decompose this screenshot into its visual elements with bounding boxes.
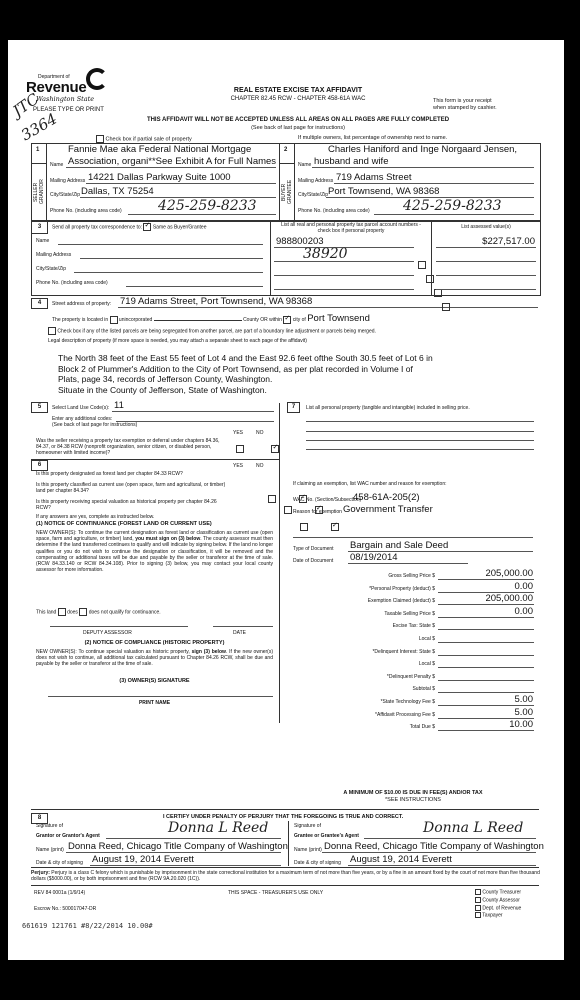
legal-line: Block 2 of Plummer's Addition to the Cit… [58,364,433,375]
owner-signature-title: (3) OWNER(S) SIGNATURE [36,678,273,684]
correspondence-address-label: Mailing Address [36,252,71,258]
legal-description[interactable]: The North 38 feet of the East 55 feet of… [58,353,433,395]
seller-address-label: Mailing Address [50,178,85,184]
street-label: Street address of property: [52,301,111,307]
copy-label: Taxpayer [481,913,503,919]
partial-sale-check[interactable]: Check box if partial sale of property [96,135,192,143]
form-title: REAL ESTATE EXCISE TAX AFFIDAVIT [158,87,438,94]
copy-item[interactable]: Dept. of Revenue [475,905,521,913]
form-chapter: CHAPTER 82.45 RCW - CHAPTER 458-61A WAC [158,96,438,102]
amount-label: Taxable Selling Price $ [293,611,435,617]
amount-value[interactable]: 205,000.00 [438,568,533,579]
grantor-date[interactable]: August 19, 2014 Everett [92,854,194,865]
print-name-label: PRINT NAME [36,700,273,706]
buyer-city-label: City/State/Zip [298,192,328,198]
does-label: does [67,609,78,615]
does-qualify-checkbox[interactable] [58,608,66,616]
amount-label: *Delinquent Penalty $ [293,674,435,680]
section-3-number: 3 [31,220,48,234]
buyer-address-label: Mailing Address [298,178,333,184]
amount-line [438,629,534,630]
land-qualify: This land does does not qualify for cont… [36,608,161,616]
buyer-name-line2[interactable]: husband and wife [314,156,388,167]
does-not-qualify-checkbox[interactable] [79,608,87,616]
wac-number[interactable]: 458-61A-205(2) [353,492,420,503]
parcel-header: List all real and personal property tax … [274,222,428,234]
seller-address[interactable]: 14221 Dallas Parkway Suite 1000 [88,172,231,183]
seller-name-line1[interactable]: Fannie Mae aka Federal National Mortgage [68,144,251,155]
notice-compliance-text: NEW OWNER(S): To continue special valuat… [36,649,273,668]
question-no-checkbox[interactable] [299,495,307,503]
assessed-value-line [436,275,536,276]
copy-label: Dept. of Revenue [481,905,521,911]
date-label: DATE [233,630,246,636]
warning: THIS AFFIDAVIT WILL NOT BE ACCEPTED UNLE… [68,117,528,123]
seller-city[interactable]: Dallas, TX 75254 [81,186,154,197]
dor-swirl-icon [86,68,108,90]
segregated-check[interactable]: Check box if any of the listed parcels a… [48,327,376,335]
exemption-no-checkbox[interactable] [271,445,279,453]
buyer-address[interactable]: 719 Adams Street [336,172,412,183]
amount-label: Local $ [293,636,435,642]
located-label: The property is located in [52,317,108,323]
copy-checkbox[interactable] [475,912,481,918]
section-6-number: 6 [31,460,48,471]
deputy-assessor-label: DEPUTY ASSESSOR [83,630,132,636]
legal-description-label: Legal description of property (if more s… [48,338,307,344]
land-use-label: Select Land Use Code(s): [52,405,109,411]
no-header-6: NO [256,463,264,469]
personal-property-checkbox[interactable] [418,261,426,269]
amount-label: Exemption Claimed (deduct) $ [293,598,435,604]
seller-phone-label: Phone No. (including area code) [50,208,122,214]
copy-item[interactable]: County Treasurer [475,889,521,897]
county-or-label: County OR within [243,317,282,323]
amount-label: *State Technology Fee $ [293,699,435,705]
form-revision: REV 84 0001a (1/9/14) [34,890,85,896]
buyer-phone-label: Phone No. (including area code) [298,208,370,214]
question-yes-checkbox[interactable] [284,506,292,514]
grantor-date-label: Date & city of signing [36,860,83,866]
correspondence-phone-label: Phone No. (including area code) [36,280,108,286]
amount-label: Total Due $ [293,724,435,730]
land-use-code[interactable]: 11 [114,400,124,411]
copy-checkbox[interactable] [475,905,481,911]
buyer-name-line1[interactable]: Charles Haniford and Inge Norgaard Jense… [328,144,517,155]
amount-label: *Affidavit Processing Fee $ [293,712,435,718]
city-of-label: city of [293,317,306,323]
assessed-value-header: List assessed value(s) [434,224,538,230]
grantor-sig-label-1: Signature of [36,823,63,829]
segregated-checkbox[interactable] [48,327,56,335]
grantee-signature[interactable]: Donna L Reed [423,820,523,836]
exemption-claim-label: If claiming an exemption, list WAC numbe… [293,481,447,487]
correspondence-label-text: Send all property tax correspondence to: [52,224,142,230]
notice-continuance-title: (1) NOTICE OF CONTINUANCE (FOREST LAND O… [36,521,212,527]
see-instructions: *SEE INSTRUCTIONS [288,797,538,803]
partial-sale-checkbox[interactable] [96,135,104,143]
parcel-account[interactable]: 38920 [303,246,348,262]
receipt-note-2: when stamped by cashier. [433,105,497,111]
seller-grantor-label: SELLER GRANTOR [33,172,45,212]
grantee-date[interactable]: August 19, 2014 Everett [350,854,452,865]
notice1-bold: you must sign on (3) below [135,536,200,542]
amount-value[interactable]: 5.00 [438,707,533,718]
grantee-date-label: Date & city of signing [294,860,341,866]
notice-compliance-title: (2) NOTICE OF COMPLIANCE (HISTORIC PROPE… [36,640,273,646]
logo-state: Washington State [36,95,94,103]
copy-label: County Treasurer [481,889,521,895]
amount-value[interactable]: 5.00 [438,694,533,705]
parcel-line [274,289,414,290]
within-city-checkbox[interactable] [283,316,291,324]
same-as-buyer-label: Same as Buyer/Grantee [153,224,207,230]
amount-line [438,617,534,618]
grantee-name[interactable]: Donna Reed, Chicago Title Company of Was… [324,841,544,852]
grantor-name[interactable]: Donna Reed, Chicago Title Company of Was… [68,841,288,852]
cashier-stamp: 661619 121761 #8/22/2014 10.00# [22,922,153,930]
grantee-sig-label-2: Grantee or Grantee's Agent [294,833,359,839]
grantor-sig-label-2: Grantor or Grantor's Agent [36,833,100,839]
amount-label: *Personal Property (deduct) $ [293,586,435,592]
minimum-note: A MINIMUM OF $10.00 IS DUE IN FEE(S) AND… [288,790,538,796]
parcel-line [274,275,414,276]
question-no-checkbox[interactable] [331,523,339,531]
buyer-phone[interactable]: 425-259-8233 [403,198,502,214]
amount-line [438,667,534,668]
legal-line: The North 38 feet of the East 55 feet of… [58,353,433,364]
question-text: Is this property classified as current u… [36,482,226,494]
notice-continuance-text: NEW OWNER(S): To continue the current de… [36,530,273,573]
amount-label: Local $ [293,661,435,667]
amount-label: *Delinquent Interest: State $ [293,649,435,655]
yes-header-6: YES [233,463,243,469]
personal-property-checkbox[interactable] [426,275,434,283]
amount-value[interactable]: 0.00 [438,606,533,617]
amount-value[interactable]: 0.00 [438,581,533,592]
amount-value[interactable]: 10.00 [438,719,533,730]
grantor-name-label: Name (print) [36,847,64,853]
correspondence-name-label: Name [36,238,49,244]
amount-label: Gross Selling Price $ [293,573,435,579]
exemption-yes-checkbox[interactable] [236,445,244,453]
exemption-reason[interactable]: Government Transfer [343,504,433,515]
question-no-checkbox[interactable] [315,506,323,514]
doc-date[interactable]: 08/19/2014 [350,552,398,563]
no-header-5: NO [256,430,264,436]
assessed-value-line [436,247,536,248]
assessed-value[interactable]: $227,517.00 [436,236,535,247]
copy-item[interactable]: County Assessor [475,897,521,905]
seller-phone[interactable]: 425-259-8233 [158,198,257,214]
legal-line: Situate in the County of Jefferson, Stat… [58,385,433,396]
copy-label: County Assessor [481,897,520,903]
partial-sale-label: Check box if partial sale of property [106,136,192,142]
doc-date-label: Date of Document [293,558,333,564]
copy-distribution: County Treasurer County Assessor Dept. o… [475,889,521,920]
amount-label: Subtotal $ [293,686,435,692]
legal-line: Plats, page 34, records of Jefferson Cou… [58,374,433,385]
perjury-text: Perjury is a class C felony which is pun… [31,870,540,882]
segregated-label: Check box if any of the listed parcels a… [57,328,376,334]
correspondence-city-label: City/State/Zip [36,266,66,272]
affidavit-page: Department of Revenue Washington State P… [8,40,564,960]
parcel-line [274,261,414,262]
property-city[interactable]: Port Townsend [307,313,370,324]
amount-line [438,642,534,643]
section-5-number: 5 [31,402,48,413]
additional-codes-note: (See back of last page for instructions) [52,422,137,428]
question-yes-checkbox[interactable] [300,523,308,531]
notice2-bold: sign (3) below [192,649,226,655]
assessed-value-line [436,289,536,290]
see-back: (See back of last page for instructions) [158,125,438,131]
amount-label: Excise Tax: State $ [293,623,435,629]
buyer-name-label: Name [298,162,311,168]
copy-checkbox[interactable] [475,889,481,895]
question-text: Is this property designated as forest la… [36,471,226,477]
amount-line [438,655,534,656]
section-4-number: 4 [31,298,48,309]
amount-line [438,730,534,731]
section-7-number: 7 [287,402,300,413]
unincorporated-checkbox[interactable] [110,316,118,324]
exemption-question: Was the seller receiving a property tax … [36,438,226,456]
land-qualify-label: This land [36,609,56,615]
notice1-b: . The county assessor must then determin… [36,536,273,573]
located-line: The property is located in unincorporate… [52,313,370,324]
personal-property-label: List all personal property (tangible and… [306,405,470,411]
yes-header-5: YES [233,430,243,436]
same-as-buyer-checkbox[interactable] [143,223,151,231]
seller-name-line2[interactable]: Association, organi**See Exhibit A for F… [68,156,276,167]
copy-item[interactable]: Taxpayer [475,912,521,920]
seller-name-label: Name [50,162,63,168]
question-yes-checkbox[interactable] [268,495,276,503]
please-type: PLEASE TYPE OR PRINT [33,107,104,113]
unincorporated-label: unincorporated [119,317,152,323]
seller-city-label: City/State/Zip [50,192,80,198]
section-1-number: 1 [36,147,39,153]
question-text: Is this property receiving special valua… [36,499,226,511]
correspondence-label: Send all property tax correspondence to:… [52,223,206,231]
does-not-label: does not qualify for continuance. [89,609,161,615]
buyer-city[interactable]: Port Townsend, WA 98368 [328,186,439,197]
buyer-grantee-label: BUYER GRANTEE [281,172,293,212]
grantee-sig-label-1: Signature of [294,823,321,829]
property-street[interactable]: 719 Adams Street, Port Townsend, WA 9836… [120,296,312,307]
perjury-notice: Perjury: Perjury is a class C felony whi… [31,870,541,882]
if-yes-note: If any answers are yes, complete as inst… [36,514,154,520]
notice2-a: NEW OWNER(S): To continue special valuat… [36,649,192,655]
amount-value[interactable]: 205,000.00 [438,593,533,604]
escrow-number: Escrow No.: 500017047-DR [34,906,96,912]
assessed-value-line [436,261,536,262]
section-2-number: 2 [284,147,287,153]
multiple-owners-note: If multiple owners, list percentage of o… [298,135,447,141]
amount-line [438,680,534,681]
copy-checkbox[interactable] [475,897,481,903]
receipt-note-1: This form is your receipt [433,98,492,104]
grantor-signature[interactable]: Donna L Reed [168,820,268,836]
treasurer-only: THIS SPACE - TREASURER'S USE ONLY [228,890,323,896]
grantee-name-label: Name (print) [294,847,322,853]
personal-property-checkbox[interactable] [442,303,450,311]
doc-type[interactable]: Bargain and Sale Deed [350,540,448,551]
doc-type-label: Type of Document [293,546,334,552]
